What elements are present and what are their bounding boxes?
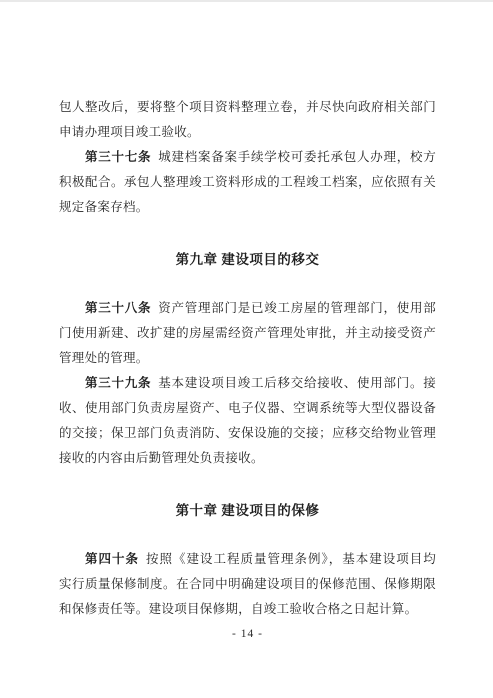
chapter-10-heading: 第十章 建设项目的保修 — [59, 498, 436, 523]
article-37-label: 第三十七条 — [85, 150, 151, 164]
paragraph-line: 门使用新建、改扩建的房屋需经资产管理处审批，并主动接受资产 — [59, 321, 436, 346]
paragraph-line: 规定备案存档。 — [59, 195, 436, 220]
article-37-first-line: 第三十七条城建档案备案手续学校可委托承包人办理，校方 — [59, 145, 436, 170]
paragraph-line: 申请办理项目竣工验收。 — [59, 120, 436, 145]
article-39-label: 第三十九条 — [85, 376, 151, 390]
article-40-first-line: 第四十条按照《建设工程质量管理条例》，基本建设项目均 — [59, 547, 436, 572]
article-38-label: 第三十八条 — [85, 301, 151, 315]
paragraph-line: 和保修责任等。建设项目保修期，自竣工验收合格之日起计算。 — [59, 597, 436, 622]
article-40-text: 按照《建设工程质量管理条例》，基本建设项目均 — [146, 552, 436, 566]
article-40-label: 第四十条 — [85, 552, 139, 566]
article-38-text: 资产管理部门是已竣工房屋的管理部门，使用部 — [158, 301, 436, 315]
paragraph-line: 的交接；保卫部门负责消防、安保设施的交接；应移交给物业管理 — [59, 421, 436, 446]
article-39-first-line: 第三十九条基本建设项目竣工后移交给接收、使用部门。接 — [59, 371, 436, 396]
page-top-edge — [0, 0, 493, 2]
page-number: - 14 - — [59, 622, 436, 647]
chapter-9-heading: 第九章 建设项目的移交 — [59, 247, 436, 272]
paragraph-line: 实行质量保修制度。在合同中明确建设项目的保修范围、保修期限 — [59, 572, 436, 597]
article-39-text: 基本建设项目竣工后移交给接收、使用部门。接 — [158, 376, 436, 390]
paragraph-line: 包人整改后，要将整个项目资料整理立卷，并尽快向政府相关部门 — [59, 95, 436, 120]
paragraph-line: 收、使用部门负责房屋资产、电子仪器、空调系统等大型仪器设备 — [59, 396, 436, 421]
document-body: 包人整改后，要将整个项目资料整理立卷，并尽快向政府相关部门 申请办理项目竣工验收… — [59, 95, 436, 647]
article-37-text: 城建档案备案手续学校可委托承包人办理，校方 — [158, 150, 436, 164]
paragraph-line: 管理处的管理。 — [59, 346, 436, 371]
article-38-first-line: 第三十八条资产管理部门是已竣工房屋的管理部门，使用部 — [59, 296, 436, 321]
paragraph-line: 积极配合。承包人整理竣工资料形成的工程竣工档案，应依照有关 — [59, 170, 436, 195]
document-page: { "document": { "paragraph_continuation"… — [0, 0, 493, 698]
paragraph-line: 接收的内容由后勤管理处负责接收。 — [59, 446, 436, 471]
